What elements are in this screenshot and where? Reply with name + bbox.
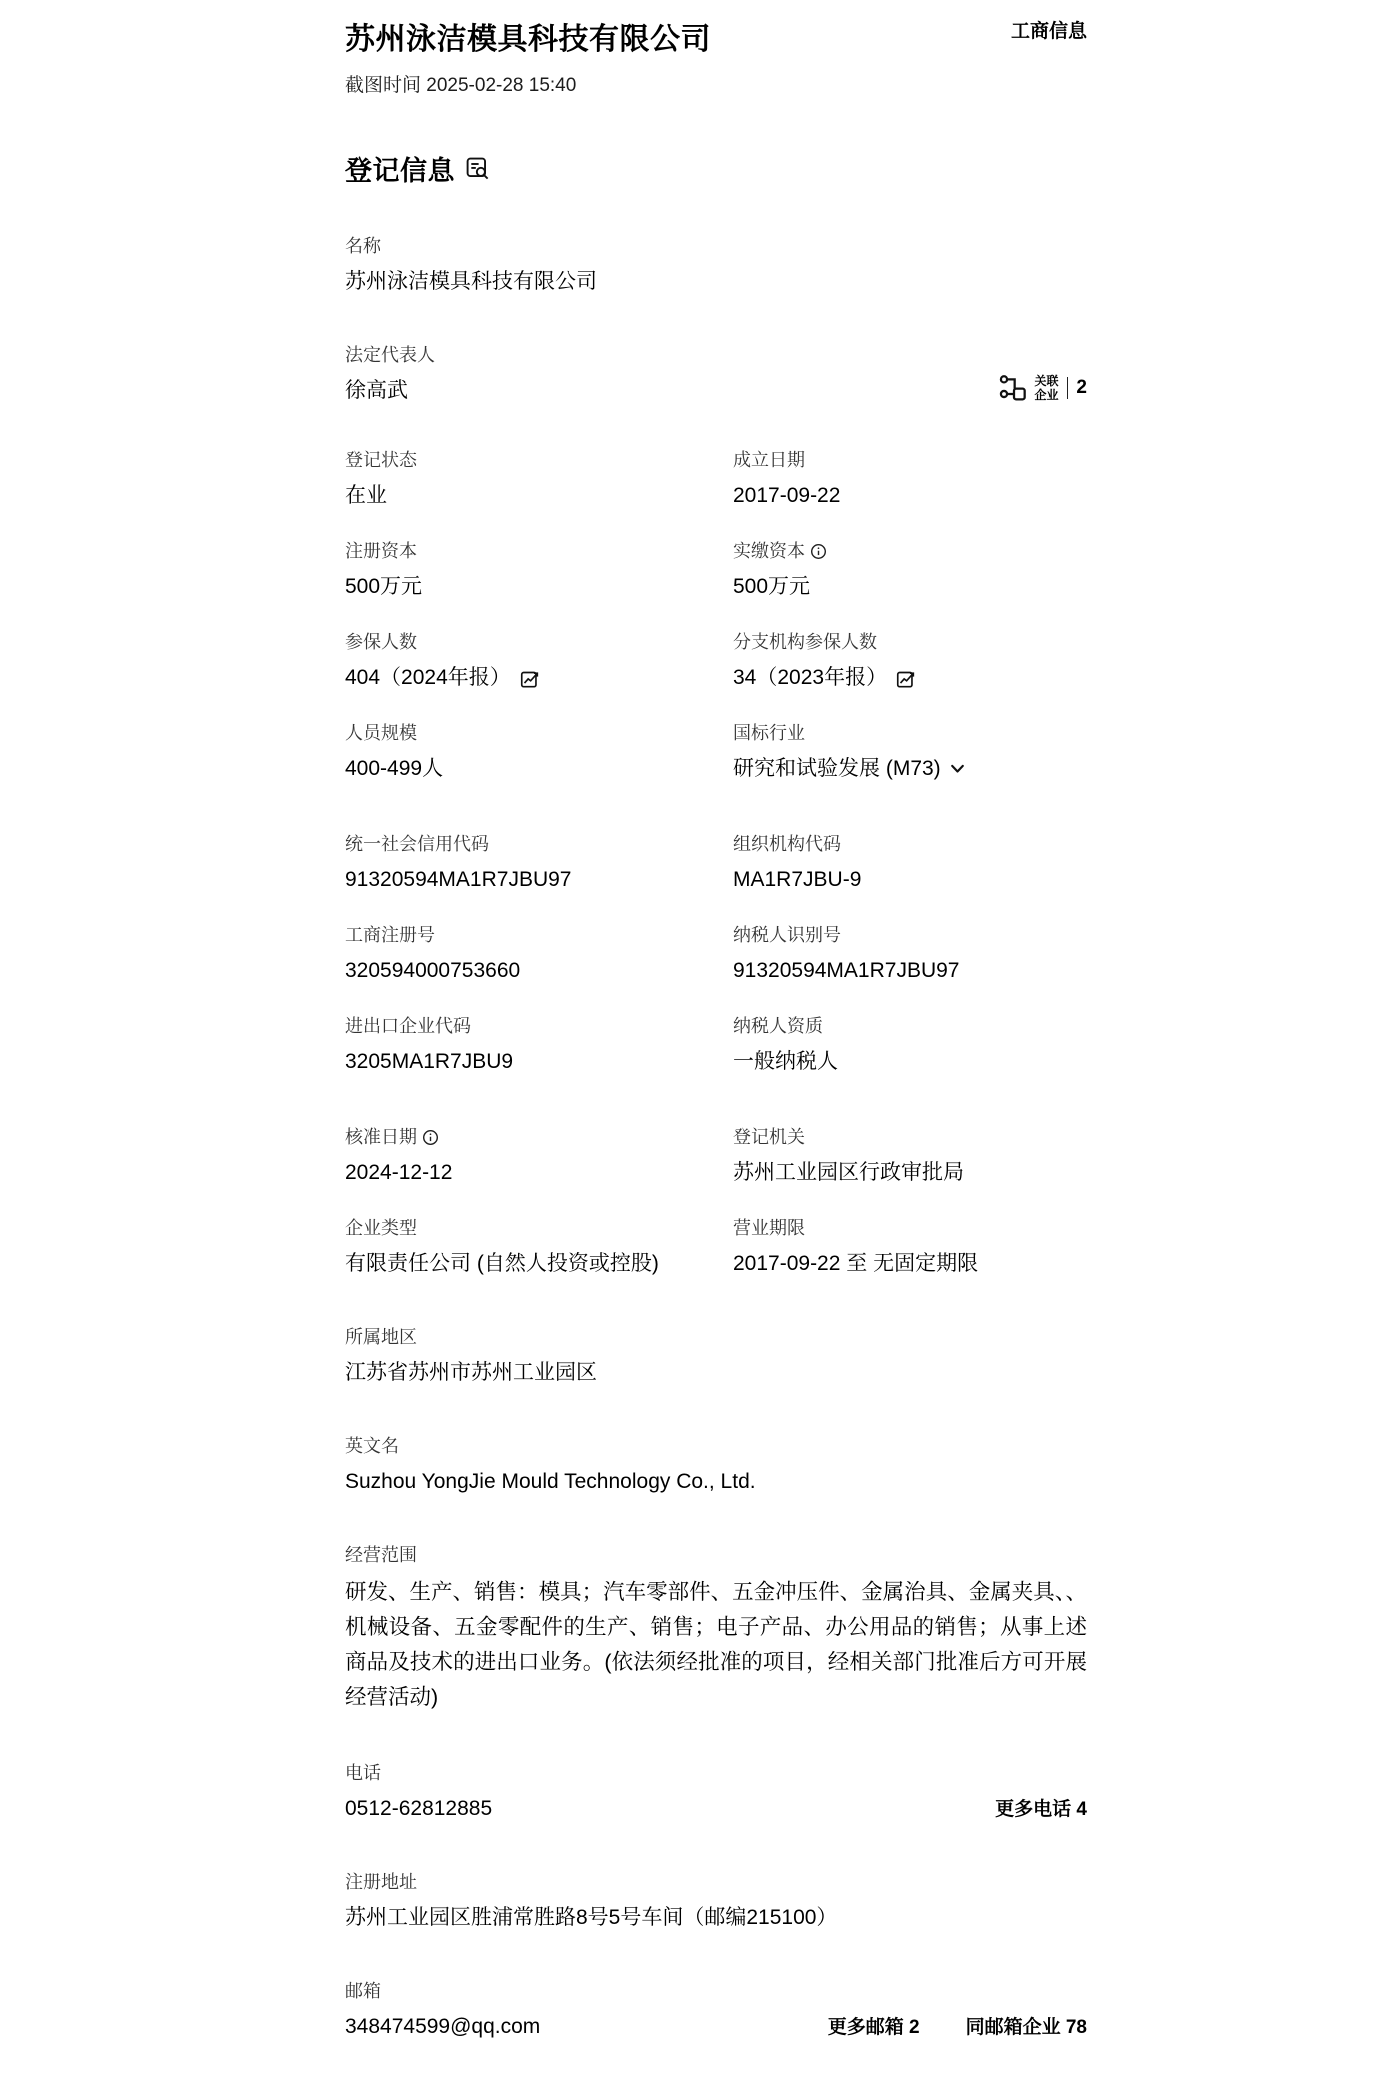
field-branch-insured: 分支机构参保人数 34（2023年报） bbox=[733, 630, 1087, 693]
staff-size-label: 人员规模 bbox=[345, 721, 733, 746]
taxpayer-id-label: 纳税人识别号 bbox=[733, 923, 1087, 948]
industry-label: 国标行业 bbox=[733, 721, 1087, 746]
business-term-label: 营业期限 bbox=[733, 1216, 1087, 1241]
business-scope-value: 研发、生产、销售：模具；汽车零部件、五金冲压件、金属治具、金属夹具、、机械设备、… bbox=[345, 1575, 1087, 1715]
more-emails-link[interactable]: 更多邮箱 2 bbox=[828, 2012, 920, 2039]
taxpayer-quality-value: 一般纳税人 bbox=[733, 1046, 838, 1077]
field-english-name: 英文名 Suzhou YongJie Mould Technology Co.,… bbox=[345, 1434, 1087, 1497]
insured-value: 404（2024年报） bbox=[345, 662, 511, 693]
english-name-label: 英文名 bbox=[345, 1434, 1087, 1459]
field-phone: 电话 0512-62812885 更多电话 4 bbox=[345, 1761, 1087, 1824]
address-label: 注册地址 bbox=[345, 1870, 1087, 1895]
field-business-term: 营业期限 2017-09-22 至 无固定期限 bbox=[733, 1216, 1087, 1279]
registry-label: 登记机关 bbox=[733, 1125, 1087, 1150]
paid-capital-value: 500万元 bbox=[733, 571, 810, 602]
field-org-code: 组织机构代码 MA1R7JBU-9 bbox=[733, 832, 1087, 895]
ie-code-label: 进出口企业代码 bbox=[345, 1014, 733, 1039]
field-reg-capital: 注册资本 500万元 bbox=[345, 539, 733, 602]
more-phones-link[interactable]: 更多电话 4 bbox=[995, 1794, 1087, 1821]
screenshot-time: 截图时间 2025-02-28 15:40 bbox=[345, 70, 1087, 97]
field-staff-size: 人员规模 400-499人 bbox=[345, 721, 733, 784]
field-industry: 国标行业 研究和试验发展 (M73) bbox=[733, 721, 1087, 784]
industry-value: 研究和试验发展 (M73) bbox=[733, 753, 941, 784]
field-name-label: 名称 bbox=[345, 234, 1087, 259]
approval-date-label: 核准日期 bbox=[345, 1125, 417, 1150]
company-type-value: 有限责任公司 (自然人投资或控股) bbox=[345, 1248, 659, 1279]
registration-grid-codes: 统一社会信用代码 91320594MA1R7JBU97 组织机构代码 MA1R7… bbox=[345, 832, 1087, 1077]
reg-capital-value: 500万元 bbox=[345, 571, 422, 602]
info-icon[interactable] bbox=[422, 1129, 439, 1146]
field-business-scope: 经营范围 研发、生产、销售：模具；汽车零部件、五金冲压件、金属治具、金属夹具、、… bbox=[345, 1543, 1087, 1715]
business-term-value: 2017-09-22 至 无固定期限 bbox=[733, 1248, 978, 1279]
section-tag: 工商信息 bbox=[1011, 16, 1087, 43]
ie-code-value: 3205MA1R7JBU9 bbox=[345, 1046, 513, 1077]
field-taxpayer-quality: 纳税人资质 一般纳税人 bbox=[733, 1014, 1087, 1077]
branch-insured-value: 34（2023年报） bbox=[733, 662, 887, 693]
registration-section-header: 登记信息 bbox=[345, 149, 1087, 188]
registry-value: 苏州工业园区行政审批局 bbox=[733, 1157, 964, 1188]
trend-chart-icon[interactable] bbox=[895, 667, 917, 689]
email-value: 348474599@qq.com bbox=[345, 2011, 540, 2042]
field-name: 名称 苏州泳洁模具科技有限公司 bbox=[345, 234, 1087, 297]
field-company-type: 企业类型 有限责任公司 (自然人投资或控股) bbox=[345, 1216, 733, 1279]
field-name-value: 苏州泳洁模具科技有限公司 bbox=[345, 266, 597, 297]
field-credit-code: 统一社会信用代码 91320594MA1R7JBU97 bbox=[345, 832, 733, 895]
field-email: 邮箱 348474599@qq.com 更多邮箱 2 同邮箱企业 78 bbox=[345, 1979, 1087, 2042]
related-companies-count: 2 bbox=[1076, 377, 1087, 399]
related-companies-text: 关联企业 bbox=[1034, 374, 1060, 403]
page-header: 苏州泳洁模具科技有限公司 工商信息 bbox=[345, 14, 1087, 58]
field-region: 所属地区 江苏省苏州市苏州工业园区 bbox=[345, 1325, 1087, 1388]
same-email-companies-link[interactable]: 同邮箱企业 78 bbox=[966, 2012, 1087, 2039]
region-label: 所属地区 bbox=[345, 1325, 1087, 1350]
branch-insured-label: 分支机构参保人数 bbox=[733, 630, 1087, 655]
trend-chart-icon[interactable] bbox=[519, 667, 541, 689]
field-paid-capital: 实缴资本 500万元 bbox=[733, 539, 1087, 602]
company-type-label: 企业类型 bbox=[345, 1216, 733, 1241]
established-value: 2017-09-22 bbox=[733, 480, 840, 511]
business-scope-label: 经营范围 bbox=[345, 1543, 1087, 1568]
field-status: 登记状态 在业 bbox=[345, 448, 733, 511]
taxpayer-id-value: 91320594MA1R7JBU97 bbox=[733, 955, 960, 986]
field-registry: 登记机关 苏州工业园区行政审批局 bbox=[733, 1125, 1087, 1188]
email-label: 邮箱 bbox=[345, 1979, 540, 2004]
taxpayer-quality-label: 纳税人资质 bbox=[733, 1014, 1087, 1039]
field-established: 成立日期 2017-09-22 bbox=[733, 448, 1087, 511]
chevron-down-icon[interactable] bbox=[949, 760, 966, 777]
credit-code-value: 91320594MA1R7JBU97 bbox=[345, 864, 572, 895]
status-label: 登记状态 bbox=[345, 448, 733, 473]
field-insured: 参保人数 404（2024年报） bbox=[345, 630, 733, 693]
registration-section-title: 登记信息 bbox=[345, 149, 455, 188]
paid-capital-label: 实缴资本 bbox=[733, 539, 805, 564]
english-name-value: Suzhou YongJie Mould Technology Co., Ltd… bbox=[345, 1466, 756, 1497]
insured-label: 参保人数 bbox=[345, 630, 733, 655]
legal-rep-value: 徐高武 bbox=[345, 375, 408, 406]
phone-value: 0512-62812885 bbox=[345, 1793, 492, 1824]
staff-size-value: 400-499人 bbox=[345, 753, 443, 784]
related-companies-divider bbox=[1067, 377, 1068, 399]
related-companies-icon bbox=[996, 372, 1028, 404]
address-value: 苏州工业园区胜浦常胜路8号5号车间（邮编215100） bbox=[345, 1902, 837, 1933]
field-biz-reg-no: 工商注册号 320594000753660 bbox=[345, 923, 733, 986]
related-companies-link[interactable]: 关联企业 2 bbox=[996, 372, 1087, 406]
org-code-value: MA1R7JBU-9 bbox=[733, 864, 861, 895]
field-approval-date: 核准日期 2024-12-12 bbox=[345, 1125, 733, 1188]
business-info-page: 苏州泳洁模具科技有限公司 工商信息 截图时间 2025-02-28 15:40 … bbox=[0, 0, 1392, 2076]
biz-reg-no-label: 工商注册号 bbox=[345, 923, 733, 948]
reg-capital-label: 注册资本 bbox=[345, 539, 733, 564]
established-label: 成立日期 bbox=[733, 448, 1087, 473]
registration-detail-icon bbox=[464, 155, 491, 182]
info-icon[interactable] bbox=[810, 543, 827, 560]
legal-rep-label: 法定代表人 bbox=[345, 343, 435, 368]
registration-grid-main: 登记状态 在业 成立日期 2017-09-22 注册资本 500万元 实缴资本 bbox=[345, 448, 1087, 784]
registration-grid-approval: 核准日期 2024-12-12 登记机关 苏州工业园区行政审批局 企业类型 bbox=[345, 1125, 1087, 1279]
phone-label: 电话 bbox=[345, 1761, 492, 1786]
content-column: 苏州泳洁模具科技有限公司 工商信息 截图时间 2025-02-28 15:40 … bbox=[345, 14, 1087, 2042]
field-taxpayer-id: 纳税人识别号 91320594MA1R7JBU97 bbox=[733, 923, 1087, 986]
page-title: 苏州泳洁模具科技有限公司 bbox=[345, 14, 711, 58]
approval-date-value: 2024-12-12 bbox=[345, 1157, 452, 1188]
status-value: 在业 bbox=[345, 480, 387, 511]
field-legal-rep: 法定代表人 徐高武 关联企业 2 bbox=[345, 343, 1087, 406]
field-ie-code: 进出口企业代码 3205MA1R7JBU9 bbox=[345, 1014, 733, 1077]
region-value: 江苏省苏州市苏州工业园区 bbox=[345, 1357, 597, 1388]
credit-code-label: 统一社会信用代码 bbox=[345, 832, 733, 857]
biz-reg-no-value: 320594000753660 bbox=[345, 955, 520, 986]
field-address: 注册地址 苏州工业园区胜浦常胜路8号5号车间（邮编215100） bbox=[345, 1870, 1087, 1933]
org-code-label: 组织机构代码 bbox=[733, 832, 1087, 857]
